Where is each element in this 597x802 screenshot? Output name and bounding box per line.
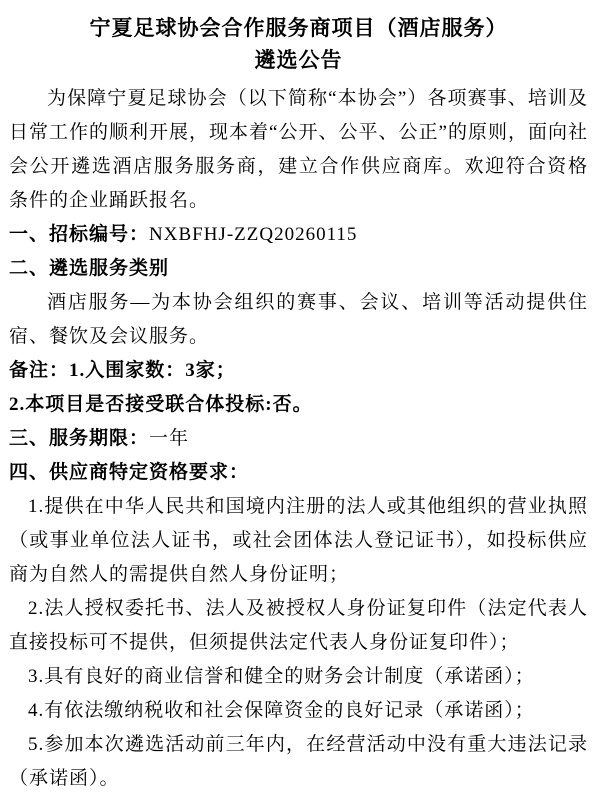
- document-subtitle: 遴选公告: [9, 44, 588, 76]
- qualification-item-5: 5.参加本次遴选活动前三年内，在经营活动中没有重大违法记录（承诺函）。: [9, 728, 588, 796]
- service-category-paragraph: 酒店服务—为本协会组织的赛事、会议、培训等活动提供住宿、餐饮及会议服务。: [9, 286, 588, 354]
- qualification-item-4: 4.有依法缴纳税收和社会保障资金的良好记录（承诺函）；: [9, 694, 588, 728]
- tender-number-value: NXBFHJ-ZZQ20260115: [149, 224, 357, 245]
- note-line-consortium-bid: 2.本项目是否接受联合体投标:否。: [9, 388, 588, 422]
- tender-number-label: 一、招标编号：: [9, 224, 149, 245]
- qualification-item-1: 1.提供在中华人民共和国境内注册的法人或其他组织的营业执照（或事业单位法人证书，…: [9, 490, 588, 592]
- section-heading-service-category: 二、遴选服务类别: [9, 252, 588, 286]
- qualification-item-3: 3.具有良好的商业信誉和健全的财务会计制度（承诺函）；: [9, 660, 588, 694]
- note-line-shortlist-count: 备注：1.入围家数：3家；: [9, 354, 588, 388]
- section-heading-service-period: 三、服务期限：一年: [9, 422, 588, 456]
- service-period-label: 三、服务期限：: [9, 428, 149, 449]
- section-heading-tender-number: 一、招标编号：NXBFHJ-ZZQ20260115: [9, 218, 588, 252]
- document-page: 宁夏足球协会合作服务商项目（酒店服务） 遴选公告 为保障宁夏足球协会（以下简称“…: [0, 0, 597, 802]
- service-period-value: 一年: [149, 428, 189, 449]
- section-heading-qualification-requirements: 四、供应商特定资格要求：: [9, 456, 588, 490]
- document-title: 宁夏足球协会合作服务商项目（酒店服务）: [9, 12, 588, 44]
- qualification-item-2: 2.法人授权委托书、法人及被授权人身份证复印件（法定代表人直接投标可不提供，但须…: [9, 592, 588, 660]
- intro-paragraph: 为保障宁夏足球协会（以下简称“本协会”）各项赛事、培训及日常工作的顺利开展，现本…: [9, 82, 588, 218]
